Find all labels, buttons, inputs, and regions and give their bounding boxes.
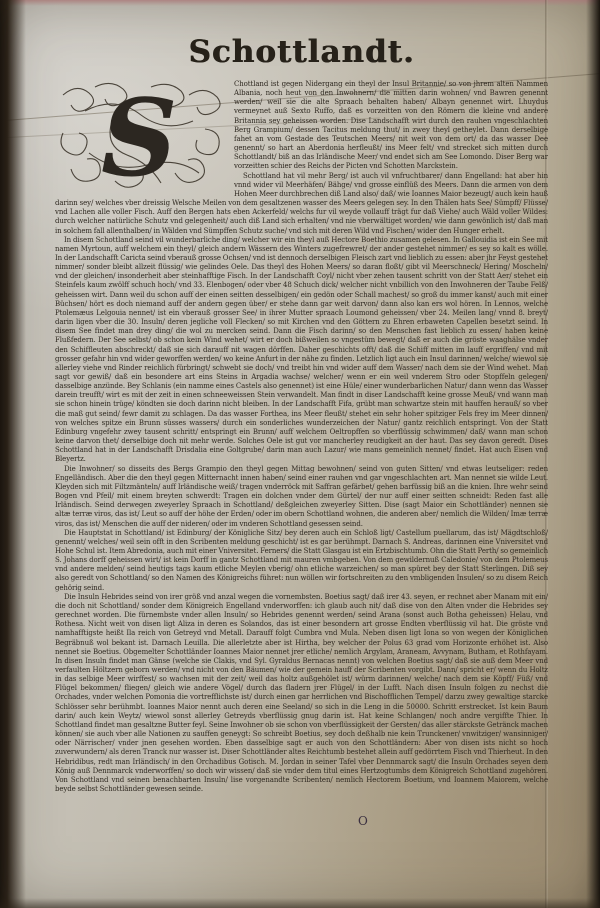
scan-vignette <box>0 0 600 908</box>
scanned-book-page: Schottlandt. <box>0 0 600 908</box>
